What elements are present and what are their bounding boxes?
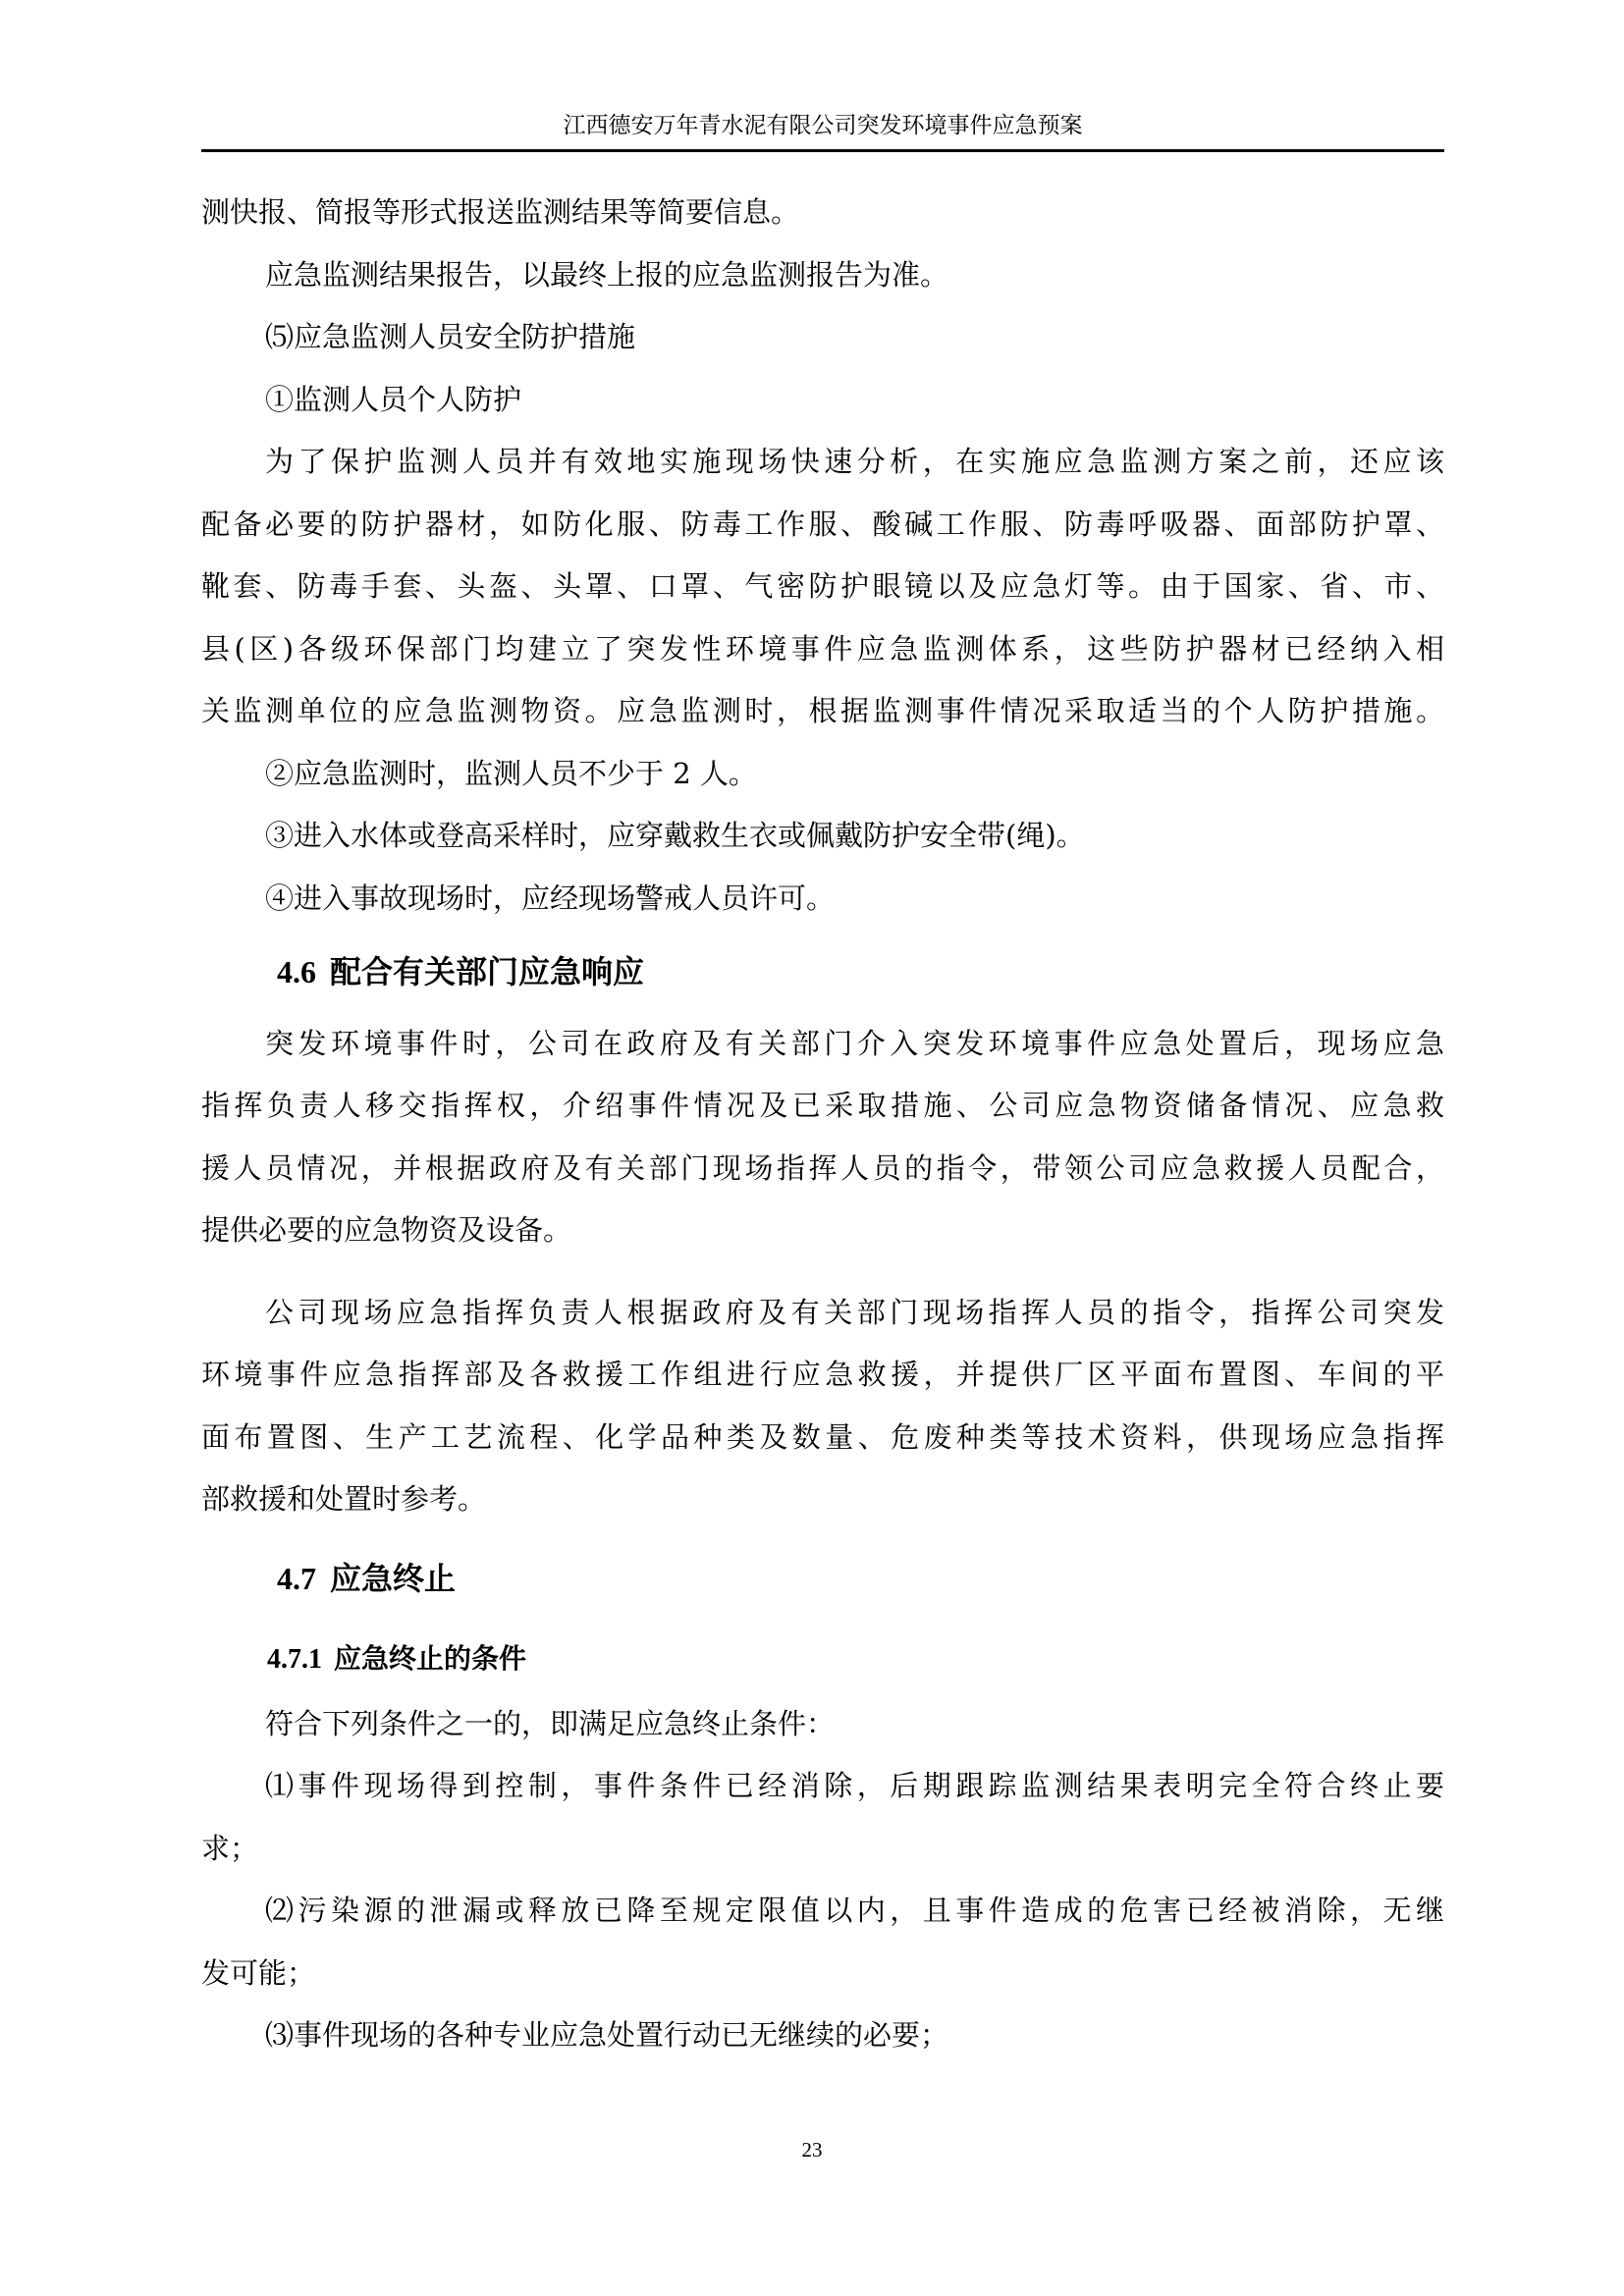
list-item: ①监测人员个人防护 — [265, 380, 1444, 419]
list-heading: ⑸应急监测人员安全防护措施 — [265, 317, 1444, 356]
list-item: ⑶事件现场的各种专业应急处置行动已无继续的必要； — [265, 2015, 1444, 2055]
section-heading-4-7: 4.7应急终止 — [277, 1557, 456, 1600]
body-line: 配备必要的防护器材，如防化服、防毒工作服、酸碱工作服、防毒呼吸器、面部防护罩、 — [201, 505, 1444, 544]
body-line: 测快报、简报等形式报送监测结果等简要信息。 — [201, 192, 1444, 232]
body-line: 应急监测结果报告，以最终上报的应急监测报告为准。 — [265, 255, 1444, 294]
body-line: 为了保护监测人员并有效地实施现场快速分析，在实施应急监测方案之前，还应该 — [265, 442, 1444, 481]
section-title: 配合有关部门应急响应 — [330, 953, 644, 990]
body-line: 援人员情况，并根据政府及有关部门现场指挥人员的指令，带领公司应急救援人员配合， — [201, 1148, 1444, 1188]
body-line: 部救援和处置时参考。 — [201, 1479, 1444, 1519]
body-line: 指挥负责人移交指挥权，介绍事件情况及已采取措施、公司应急物资储备情况、应急救 — [201, 1086, 1444, 1125]
header-rule — [201, 149, 1444, 152]
subsection-number: 4.7.1 — [267, 1644, 322, 1675]
body-line: 公司现场应急指挥负责人根据政府及有关部门现场指挥人员的指令，指挥公司突发 — [265, 1293, 1444, 1332]
body-line: 突发环境事件时，公司在政府及有关部门介入突发环境事件应急处置后，现场应急 — [265, 1024, 1444, 1063]
list-item: ⑵污染源的泄漏或释放已降至规定限值以内，且事件造成的危害已经被消除，无继 — [265, 1891, 1444, 1930]
section-heading-4-6: 4.6配合有关部门应急响应 — [277, 950, 644, 993]
list-item-continued: 求； — [201, 1829, 1444, 1868]
body-line: 环境事件应急指挥部及各救援工作组进行应急救援，并提供厂区平面布置图、车间的平 — [201, 1355, 1444, 1394]
subsection-title: 应急终止的条件 — [334, 1642, 526, 1675]
body-line: 提供必要的应急物资及设备。 — [201, 1210, 1444, 1250]
body-line: 面布置图、生产工艺流程、化学品种类及数量、危废种类等技术资料，供现场应急指挥 — [201, 1417, 1444, 1457]
body-line: 符合下列条件之一的，即满足应急终止条件： — [265, 1704, 1444, 1743]
section-number: 4.6 — [277, 954, 316, 989]
list-item: ⑴事件现场得到控制，事件条件已经消除，后期跟踪监测结果表明完全符合终止要 — [265, 1766, 1444, 1805]
list-item: ②应急监测时，监测人员不少于 2 人。 — [265, 754, 1444, 793]
list-item-continued: 发可能； — [201, 1953, 1444, 1993]
body-line: 靴套、防毒手套、头盔、头罩、口罩、气密防护眼镜以及应急灯等。由于国家、省、市、 — [201, 566, 1444, 606]
page-number: 23 — [0, 2138, 1624, 2163]
list-item: ③进入水体或登高采样时，应穿戴救生衣或佩戴防护安全带(绳)。 — [265, 816, 1444, 855]
section-title: 应急终止 — [330, 1560, 456, 1597]
page-header-title: 江西德安万年青水泥有限公司突发环境事件应急预案 — [201, 110, 1444, 141]
body-line: 关监测单位的应急监测物资。应急监测时，根据监测事件情况采取适当的个人防护措施。 — [201, 691, 1444, 730]
body-line: 县(区)各级环保部门均建立了突发性环境事件应急监测体系，这些防护器材已经纳入相 — [201, 629, 1444, 668]
subsection-heading-4-7-1: 4.7.1应急终止的条件 — [267, 1639, 526, 1680]
list-item: ④进入事故现场时，应经现场警戒人员许可。 — [265, 879, 1444, 918]
section-number: 4.7 — [277, 1561, 316, 1596]
